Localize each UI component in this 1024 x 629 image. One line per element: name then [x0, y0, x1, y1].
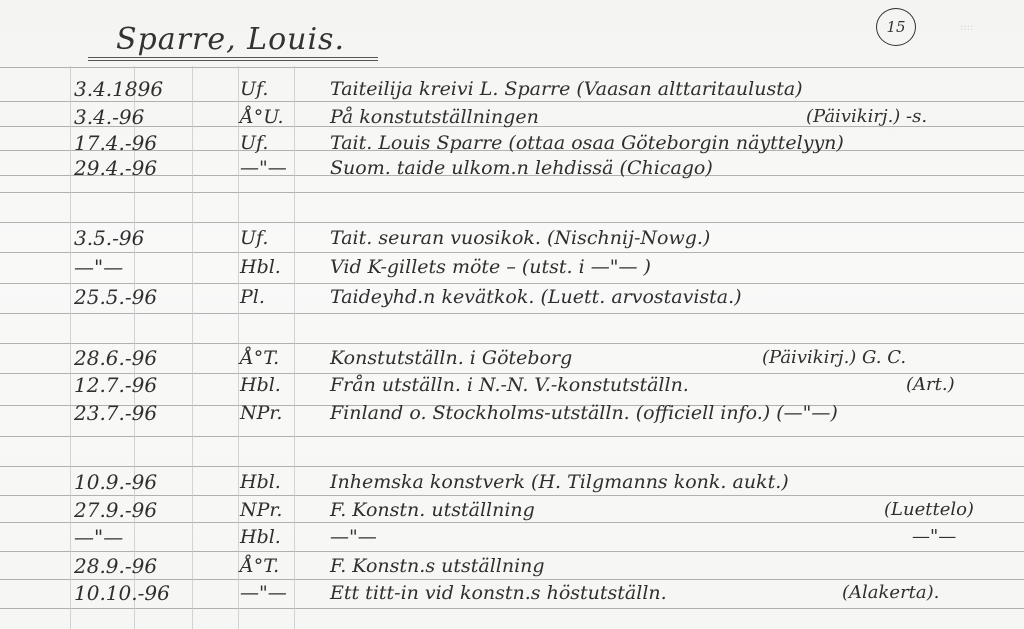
entry-source: Å°T. — [240, 345, 300, 371]
entry-source: Hbl. — [240, 372, 300, 398]
entry-row: 3.5.-96Uf.Tait. seuran vuosikok. (Nischn… — [0, 225, 1024, 251]
entry-date: 29.4.-96 — [74, 155, 194, 181]
ruled-line — [0, 466, 1024, 467]
entry-row: 3.4.-96Å°U.På konstutställningen(Päiviki… — [0, 104, 1024, 130]
entry-text: Konstutställn. i Göteborg — [330, 345, 572, 371]
entry-date: 12.7.-96 — [74, 372, 194, 398]
entry-note: —"— — [912, 524, 956, 550]
entry-source: Uf. — [240, 225, 300, 251]
entry-row: —"—Hbl.Vid K-gillets möte – (utst. i —"—… — [0, 254, 1024, 280]
entry-text: F. Konstn. utställning — [330, 497, 535, 523]
entry-row: —"—Hbl.—"——"— — [0, 524, 1024, 550]
ruled-line — [0, 436, 1024, 437]
ruled-line — [0, 67, 1024, 68]
entry-note: (Päivikirj.) -s. — [806, 104, 927, 130]
entry-note: (Art.) — [906, 372, 955, 398]
entry-date: 17.4.-96 — [74, 130, 194, 156]
entry-source: Å°T. — [240, 553, 300, 579]
archive-index-card: Sparre, Louis. 15 :::: 3.4.1896Uf.Taitei… — [0, 0, 1024, 629]
ruled-line — [0, 551, 1024, 552]
entry-date: 28.6.-96 — [74, 345, 194, 371]
entry-text: Ett titt-in vid konstn.s höstutställn. — [330, 580, 667, 606]
entry-row: 27.9.-96NPr.F. Konstn. utställning(Luett… — [0, 497, 1024, 523]
entry-source: —"— — [240, 580, 300, 606]
entry-date: 28.9.-96 — [74, 553, 194, 579]
entry-date: 10.9.-96 — [74, 469, 194, 495]
entry-text: Finland o. Stockholms-utställn. (officie… — [330, 400, 838, 426]
entry-source: NPr. — [240, 400, 300, 426]
entry-text: F. Konstn.s utställning — [330, 553, 545, 579]
entry-source: Hbl. — [240, 254, 300, 280]
entry-date: 27.9.-96 — [74, 497, 194, 523]
entry-date: —"— — [74, 254, 194, 280]
entry-source: Hbl. — [240, 524, 300, 550]
entry-row: 10.10.-96—"—Ett titt-in vid konstn.s hös… — [0, 580, 1024, 606]
entry-text: Suom. taide ulkom.n lehdissä (Chicago) — [330, 155, 713, 181]
entry-row: 28.6.-96Å°T.Konstutställn. i Göteborg(Pä… — [0, 345, 1024, 371]
entry-row: 23.7.-96NPr.Finland o. Stockholms-utstäl… — [0, 400, 1024, 426]
entry-row: 10.9.-96Hbl.Inhemska konstverk (H. Tilgm… — [0, 469, 1024, 495]
entry-date: 10.10.-96 — [74, 580, 194, 606]
entry-source: NPr. — [240, 497, 300, 523]
ruled-line — [0, 313, 1024, 314]
card-title: Sparre, Louis. — [116, 22, 345, 57]
entry-row: 3.4.1896Uf.Taiteilija kreivi L. Sparre (… — [0, 76, 1024, 102]
entry-text: Taideyhd.n kevätkok. (Luett. arvostavist… — [330, 284, 742, 310]
entry-note: (Alakerta). — [842, 580, 939, 606]
entry-date: 23.7.-96 — [74, 400, 194, 426]
entry-date: 3.4.1896 — [74, 76, 194, 102]
entry-date: 3.5.-96 — [74, 225, 194, 251]
entry-text: Tait. seuran vuosikok. (Nischnij-Nowg.) — [330, 225, 710, 251]
entry-row: 12.7.-96Hbl.Från utställn. i N.-N. V.-ko… — [0, 372, 1024, 398]
title-underline — [88, 57, 378, 61]
entry-row: 28.9.-96Å°T.F. Konstn.s utställning — [0, 553, 1024, 579]
entry-text: Från utställn. i N.-N. V.-konstutställn. — [330, 372, 689, 398]
entry-text: Tait. Louis Sparre (ottaa osaa Göteborgi… — [330, 130, 844, 156]
entry-row: 17.4.-96Uf.Tait. Louis Sparre (ottaa osa… — [0, 130, 1024, 156]
entry-source: Hbl. — [240, 469, 300, 495]
entry-row: 25.5.-96Pl.Taideyhd.n kevätkok. (Luett. … — [0, 284, 1024, 310]
entry-date: —"— — [74, 524, 194, 550]
entry-text: På konstutställningen — [330, 104, 539, 130]
entry-source: Uf. — [240, 130, 300, 156]
entry-source: Pl. — [240, 284, 300, 310]
entry-text: Vid K-gillets möte – (utst. i —"— ) — [330, 254, 651, 280]
entry-note: (Luettelo) — [884, 497, 974, 523]
entry-row: 29.4.-96—"—Suom. taide ulkom.n lehdissä … — [0, 155, 1024, 181]
ruled-line — [0, 608, 1024, 609]
ruled-line — [0, 192, 1024, 193]
ruled-line — [0, 343, 1024, 344]
entry-date: 3.4.-96 — [74, 104, 194, 130]
entry-text: Inhemska konstverk (H. Tilgmanns konk. a… — [330, 469, 789, 495]
entry-source: —"— — [240, 155, 300, 181]
ruled-line — [0, 495, 1024, 496]
entry-source: Å°U. — [240, 104, 300, 130]
entry-date: 25.5.-96 — [74, 284, 194, 310]
entry-note: (Päivikirj.) G. C. — [762, 345, 906, 371]
ruled-line — [0, 252, 1024, 253]
entry-source: Uf. — [240, 76, 300, 102]
entry-text: —"— — [330, 524, 377, 550]
faded-stamp: :::: — [960, 22, 1000, 46]
page-number-circle: 15 — [876, 8, 916, 46]
ruled-line — [0, 222, 1024, 223]
entry-text: Taiteilija kreivi L. Sparre (Vaasan altt… — [330, 76, 803, 102]
